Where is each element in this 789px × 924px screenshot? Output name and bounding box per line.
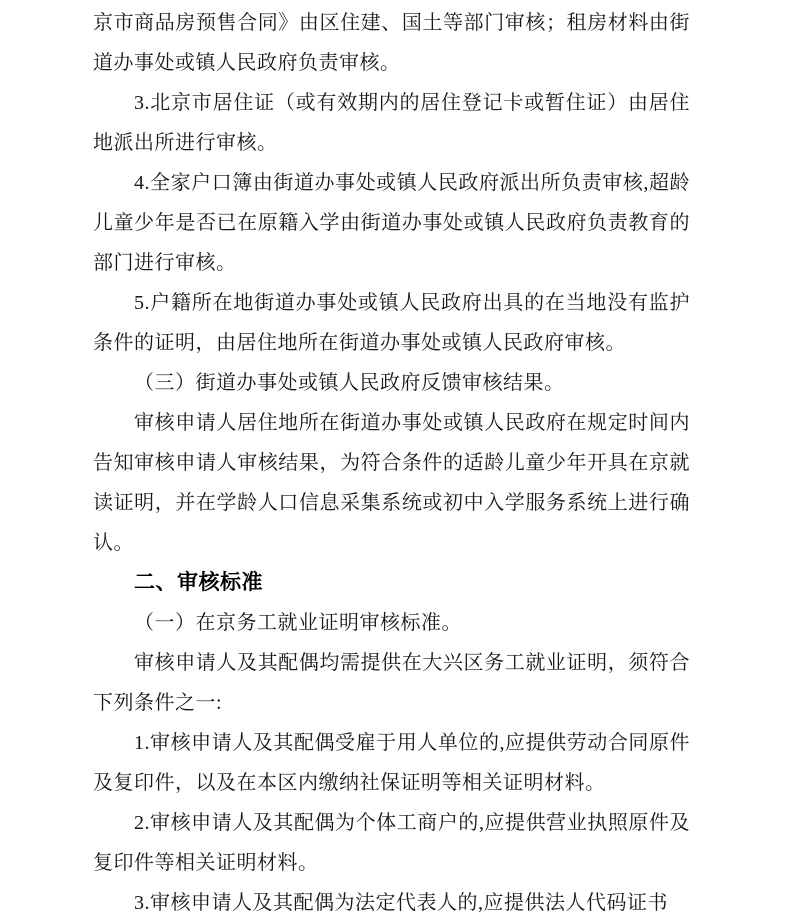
numbered-item-4-household-register: 4.全家户口簿由街道办事处或镇人民政府派出所负责审核,超龄儿童少年是否已在原籍入…	[93, 163, 690, 283]
paragraph-continuation: 京市商品房预售合同》由区住建、国土等部门审核；租房材料由街道办事处或镇人民政府负…	[93, 3, 690, 83]
paragraph-employment-proof-intro: 审核申请人及其配偶均需提供在大兴区务工就业证明，须符合下列条件之一:	[93, 643, 690, 723]
paragraph-feedback-procedure: 审核申请人居住地所在街道办事处或镇人民政府在规定时间内告知审核申请人审核结果，为…	[93, 403, 690, 563]
subsection-heading-employment-proof-standard: （一）在京务工就业证明审核标准。	[93, 603, 690, 643]
document-page: 京市商品房预售合同》由区住建、国土等部门审核；租房材料由街道办事处或镇人民政府负…	[0, 0, 789, 924]
numbered-item-3-legal-representative: 3.审核申请人及其配偶为法定代表人的,应提供法人代码证书	[93, 883, 690, 923]
numbered-item-2-business-license: 2.审核申请人及其配偶为个体工商户的,应提供营业执照原件及复印件等相关证明材料。	[93, 803, 690, 883]
numbered-item-5-guardianship-proof: 5.户籍所在地街道办事处或镇人民政府出具的在当地没有监护条件的证明，由居住地所在…	[93, 283, 690, 363]
section-heading-review-standards: 二、审核标准	[93, 563, 690, 603]
numbered-item-3-residence-permit: 3.北京市居住证（或有效期内的居住登记卡或暂住证）由居住地派出所进行审核。	[93, 83, 690, 163]
subsection-heading-feedback-results: （三）街道办事处或镇人民政府反馈审核结果。	[93, 363, 690, 403]
numbered-item-1-labor-contract: 1.审核申请人及其配偶受雇于用人单位的,应提供劳动合同原件及复印件，以及在本区内…	[93, 723, 690, 803]
